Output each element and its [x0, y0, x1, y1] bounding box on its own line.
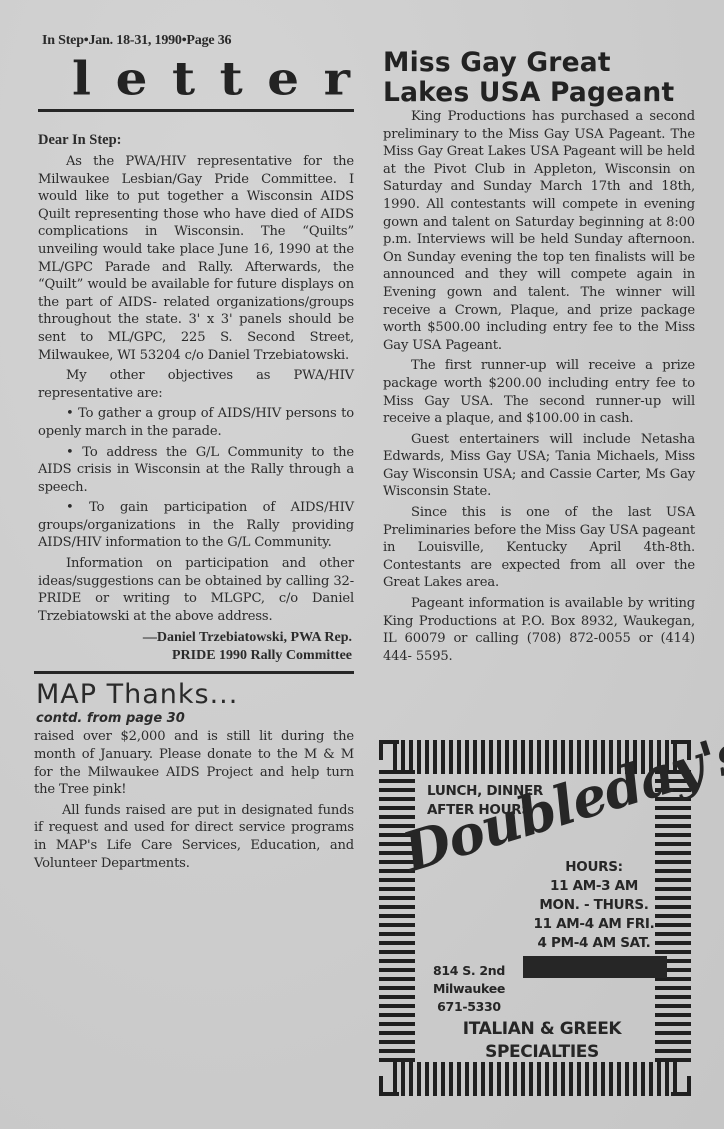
- ad-black-bar: [523, 956, 667, 978]
- page-folio: In Step•Jan. 18-31, 1990•Page 36: [42, 33, 231, 49]
- pageant-body: King Productions has purchased a second …: [383, 108, 695, 665]
- pageant-paragraph: Pageant information is available by writ…: [383, 595, 695, 665]
- ad-specialties: ITALIAN & GREEK SPECIALTIES: [427, 1018, 657, 1064]
- specialty-line: SPECIALTIES: [427, 1041, 657, 1064]
- phone-number: 671-5330: [427, 998, 511, 1016]
- map-paragraph: raised over $2,000 and is still lit duri…: [34, 728, 354, 798]
- pageant-paragraph: Since this is one of the last USA Prelim…: [383, 504, 695, 592]
- map-thanks-body: raised over $2,000 and is still lit duri…: [34, 728, 354, 872]
- letter-paragraph: As the PWA/HIV representative for the Mi…: [38, 153, 354, 364]
- headline-line: Lakes USA Pageant: [383, 78, 695, 108]
- pageant-column: Miss Gay Great Lakes USA Pageant King Pr…: [383, 48, 695, 665]
- hours-line: 11 AM-4 AM FRI.: [529, 915, 659, 934]
- address-line: Milwaukee: [427, 980, 511, 998]
- ad-address: 814 S. 2nd Milwaukee 671-5330: [427, 962, 511, 1016]
- signature-affiliation: PRIDE 1990 Rally Committee: [34, 647, 352, 665]
- section-title-letter: l e t t e r: [34, 56, 354, 104]
- letter-column: l e t t e r Dear In Step: As the PWA/HIV…: [34, 56, 354, 872]
- ad-corner-ornament-icon: [671, 1076, 691, 1096]
- letter-signature: —Daniel Trzebiatowski, PWA Rep. PRIDE 19…: [34, 629, 352, 665]
- ad-corner-ornament-icon: [379, 1076, 399, 1096]
- ad-corner-ornament-icon: [379, 740, 399, 760]
- letter-bullet: • To gather a group of AIDS/HIV persons …: [38, 405, 354, 440]
- letter-paragraph: My other objectives as PWA/HIV represent…: [38, 367, 354, 402]
- hours-line: 4 PM-4 AM SAT.: [529, 934, 659, 953]
- letter-salutation: Dear In Step:: [38, 132, 354, 149]
- ad-hours: HOURS: 11 AM-3 AM MON. - THURS. 11 AM-4 …: [529, 858, 659, 972]
- pageant-paragraph: Guest entertainers will include Netasha …: [383, 431, 695, 501]
- title-glyph: e: [267, 58, 299, 100]
- title-glyph: t: [172, 58, 195, 100]
- headline-line: Miss Gay Great: [383, 48, 695, 78]
- hours-line: MON. - THURS.: [529, 896, 659, 915]
- pageant-paragraph: King Productions has purchased a second …: [383, 108, 695, 354]
- letter-bullet: • To gain participation of AIDS/HIV grou…: [38, 499, 354, 552]
- pageant-paragraph: The first runner-up will receive a prize…: [383, 357, 695, 427]
- continued-from-label: contd. from page 30: [36, 711, 354, 726]
- ad-striped-border: [393, 1062, 677, 1096]
- pageant-headline: Miss Gay Great Lakes USA Pageant: [383, 48, 695, 108]
- title-glyph: r: [324, 58, 350, 100]
- specialty-line: ITALIAN & GREEK: [427, 1018, 657, 1041]
- letter-bullet: • To address the G/L Community to the AI…: [38, 444, 354, 497]
- title-glyph: l: [72, 58, 91, 100]
- letter-paragraph: Information on participation and other i…: [38, 555, 354, 625]
- title-glyph: t: [220, 58, 243, 100]
- signature-name: —Daniel Trzebiatowski, PWA Rep.: [34, 629, 352, 647]
- hours-line: 11 AM-3 AM: [529, 877, 659, 896]
- hours-title: HOURS:: [529, 858, 659, 877]
- ad-striped-border: [379, 770, 415, 1066]
- title-glyph: e: [116, 58, 148, 100]
- map-thanks-headline: MAP Thanks...: [36, 679, 354, 711]
- section-rule: [34, 671, 354, 674]
- section-rule: [38, 109, 354, 112]
- map-paragraph: All funds raised are put in designated f…: [34, 802, 354, 872]
- address-line: 814 S. 2nd: [427, 962, 511, 980]
- letter-body: As the PWA/HIV representative for the Mi…: [38, 153, 354, 625]
- doubledays-advertisement: LUNCH, DINNER AFTER HOURS Doubleday's HO…: [379, 740, 691, 1096]
